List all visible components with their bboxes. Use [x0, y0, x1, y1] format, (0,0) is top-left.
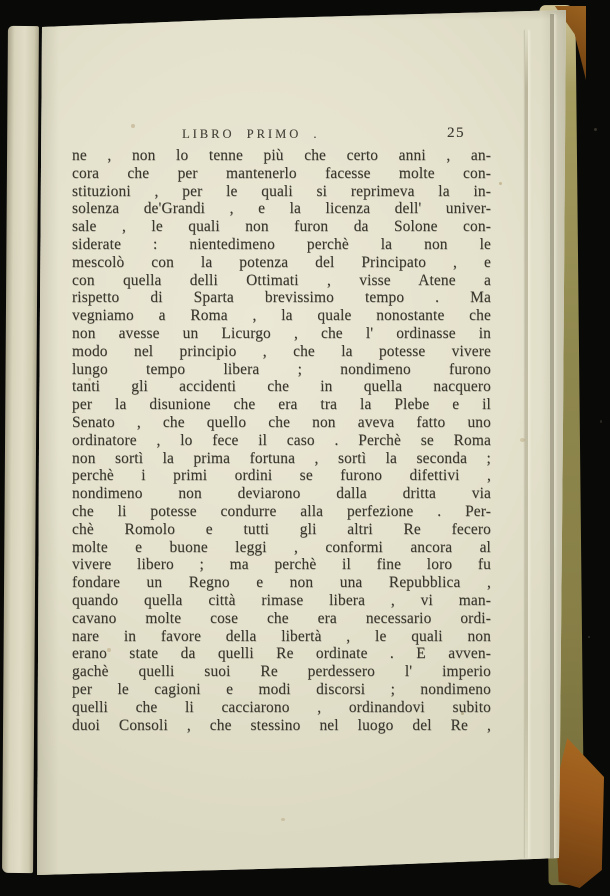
book-page: LIBRO PRIMO . 25 ne , non lo tenne più c…	[31, 6, 571, 888]
header-title: LIBRO PRIMO .	[182, 127, 319, 142]
foxing-spot	[499, 182, 502, 185]
page-edge-shadow	[550, 14, 554, 870]
scanned-book-photo: LIBRO PRIMO . 25 ne , non lo tenne più c…	[0, 0, 610, 896]
dust-speck	[588, 636, 590, 638]
text-block: LIBRO PRIMO . 25 ne , non lo tenne più c…	[72, 125, 491, 734]
facing-page-edge	[2, 26, 39, 873]
running-header: LIBRO PRIMO . 25	[72, 125, 491, 145]
dust-speck	[600, 420, 602, 423]
foxing-spot	[281, 818, 285, 821]
dust-speck	[594, 128, 597, 131]
body-text: ne , non lo tenne più che certo anni , a…	[72, 147, 491, 734]
page-number: 25	[447, 125, 465, 142]
foxing-spot	[520, 438, 525, 442]
page-crease	[525, 30, 528, 858]
